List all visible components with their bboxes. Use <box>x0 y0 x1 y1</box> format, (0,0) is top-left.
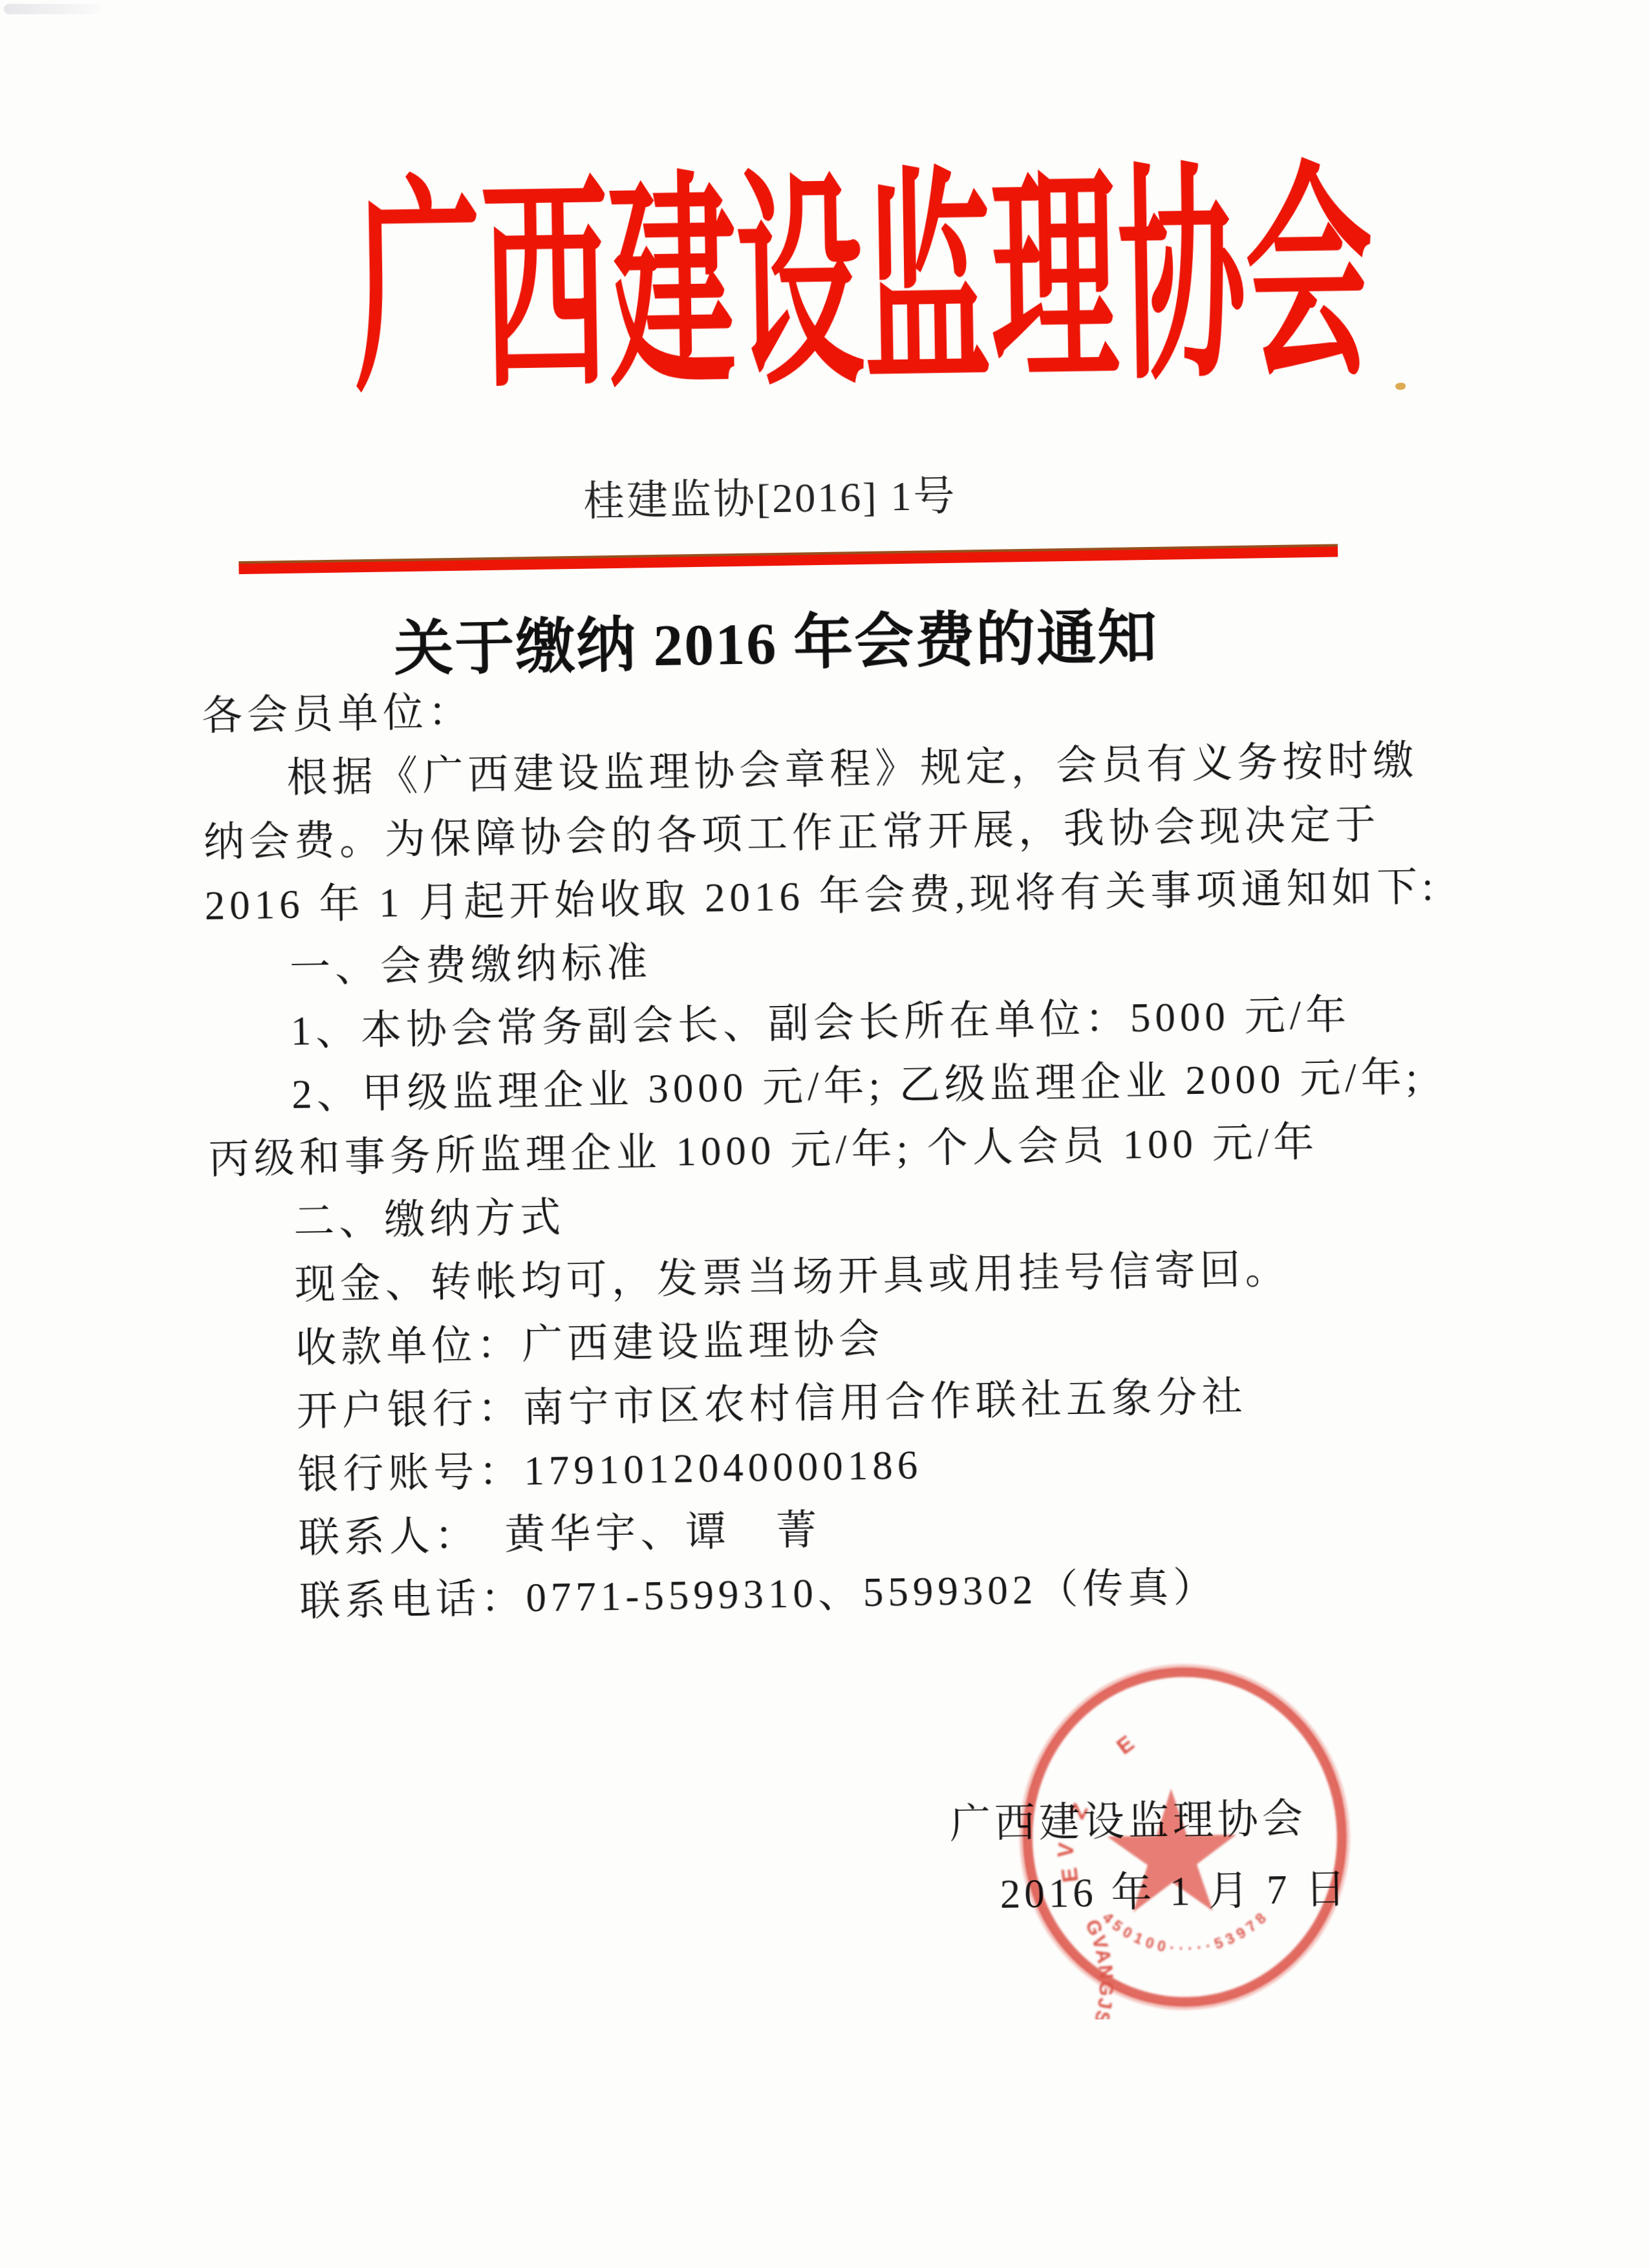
seal-latin-text: GVANGJSIH GENHSEZ GEMHLIJ <box>1007 1916 1119 2021</box>
signature-org: 广西建设监理协会 <box>949 1785 1307 1850</box>
letterhead-divider-rule <box>239 544 1338 574</box>
letterhead-org-title: 广西建设监理协会 <box>352 163 1272 407</box>
signature-date: 2016 年 1 月 7 日 <box>1000 1856 1350 1920</box>
scan-speck <box>4 4 101 14</box>
seal-inner-letter: E <box>1112 1731 1139 1759</box>
scan-content: 广西建设监理协会 桂建监协[2016] 1号 关于缴纳 2016 年会费的通知 … <box>0 0 1650 2268</box>
notice-body: 各会员单位： 根据《广西建设监理协会章程》规定，会员有义务按时缴 纳会费。为保障… <box>201 665 1456 1634</box>
scan-speck <box>1395 383 1406 390</box>
document-number: 桂建监协[2016] 1号 <box>0 452 1595 537</box>
scanned-notice-page: 广西建设监理协会 桂建监协[2016] 1号 关于缴纳 2016 年会费的通知 … <box>0 0 1650 2268</box>
